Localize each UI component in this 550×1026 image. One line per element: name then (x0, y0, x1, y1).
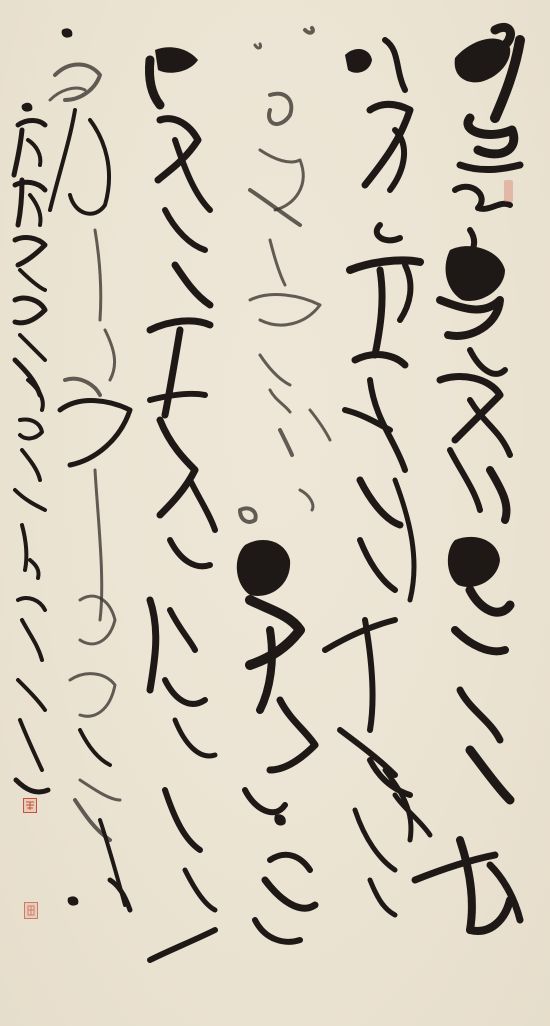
second-seal: left, lower (24, 902, 38, 919)
column-3 (237, 28, 330, 942)
column-4 (149, 47, 215, 960)
leading-seal: top-right, beside first column (504, 180, 513, 202)
calligraphy-artwork (0, 0, 550, 1026)
signature-seal: left, below inscription (23, 798, 37, 813)
inscription-column (14, 103, 48, 792)
seal-glyph-icon (24, 799, 36, 812)
column-2 (325, 40, 430, 915)
column-1 (415, 27, 520, 931)
seal-glyph-icon (25, 903, 37, 918)
column-5 (50, 28, 130, 910)
